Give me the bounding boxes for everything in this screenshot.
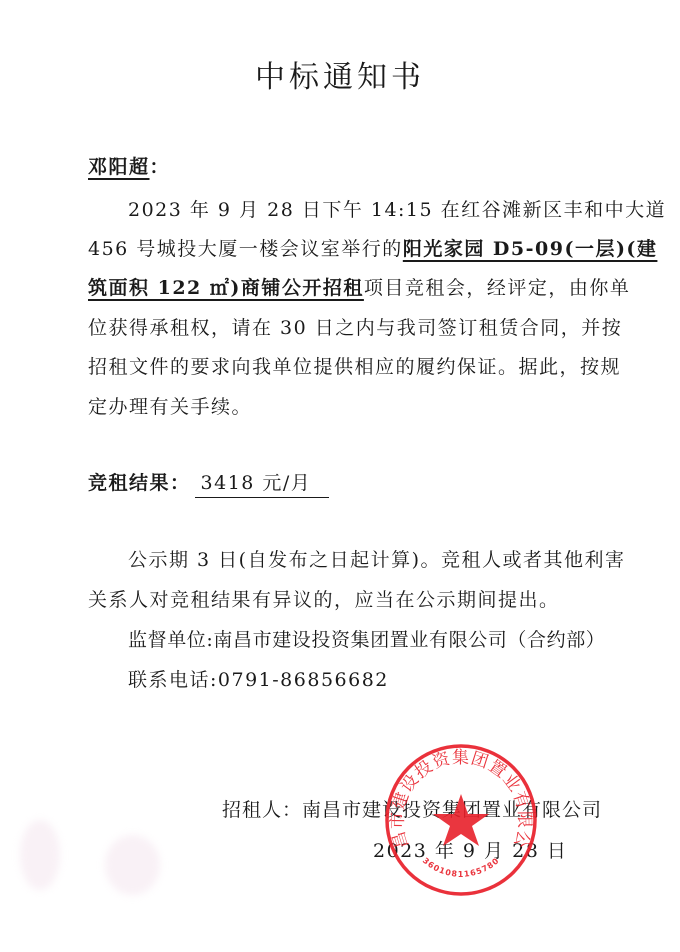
- result-line: 竞租结果：3418 元/月: [88, 468, 329, 498]
- scan-artifact: [20, 820, 60, 890]
- body-text: 项目竞租会，经评定，由你单: [364, 277, 631, 299]
- project-name-cont: 筑面积 122 ㎡)商铺公开招租: [88, 277, 364, 299]
- body-line-5: 招租文件的要求向我单位提供相应的履约保证。据此，按规: [88, 352, 621, 379]
- notice-document: 中标通知书 邓阳超： 2023 年 9 月 28 日下午 14:15 在红谷滩新…: [0, 0, 680, 952]
- body-text: 456 号城投大厦一楼会议室举行的: [88, 238, 403, 260]
- result-value: 3418 元/月: [195, 468, 330, 498]
- supervisor-line: 监督单位:南昌市建设投资集团置业有限公司（合约部）: [128, 625, 605, 652]
- project-name: 阳光家园 D5-09(一层)(建: [403, 238, 658, 260]
- body-line-6: 定办理有关手续。: [88, 392, 252, 419]
- svg-text:3601081165780: 3601081165780: [421, 856, 501, 879]
- result-label: 竞租结果：: [88, 472, 191, 494]
- addressee-line: 邓阳超：: [88, 152, 170, 179]
- document-title: 中标通知书: [0, 52, 680, 96]
- body-line-3: 筑面积 122 ㎡)商铺公开招租项目竞租会，经评定，由你单: [88, 273, 630, 300]
- body-line-1: 2023 年 9 月 28 日下午 14:15 在红谷滩新区丰和中大道: [128, 195, 666, 222]
- notice-line-1: 公示期 3 日(自发布之日起计算)。竞租人或者其他利害: [128, 545, 626, 572]
- body-line-4: 位获得承租权，请在 30 日之内与我司签订租赁合同，并按: [88, 313, 622, 340]
- notice-line-2: 关系人对竞租结果有异议的，应当在公示期间提出。: [88, 585, 560, 612]
- phone-line: 联系电话:0791-86856682: [128, 665, 389, 692]
- company-seal-icon: 南昌市建设投资集团置业有限公司 3601081165780: [383, 742, 539, 898]
- addressee-name: 邓阳超: [88, 156, 150, 178]
- body-line-2: 456 号城投大厦一楼会议室举行的阳光家园 D5-09(一层)(建: [88, 234, 657, 261]
- scan-artifact: [105, 835, 160, 895]
- addressee-colon: ：: [150, 156, 171, 178]
